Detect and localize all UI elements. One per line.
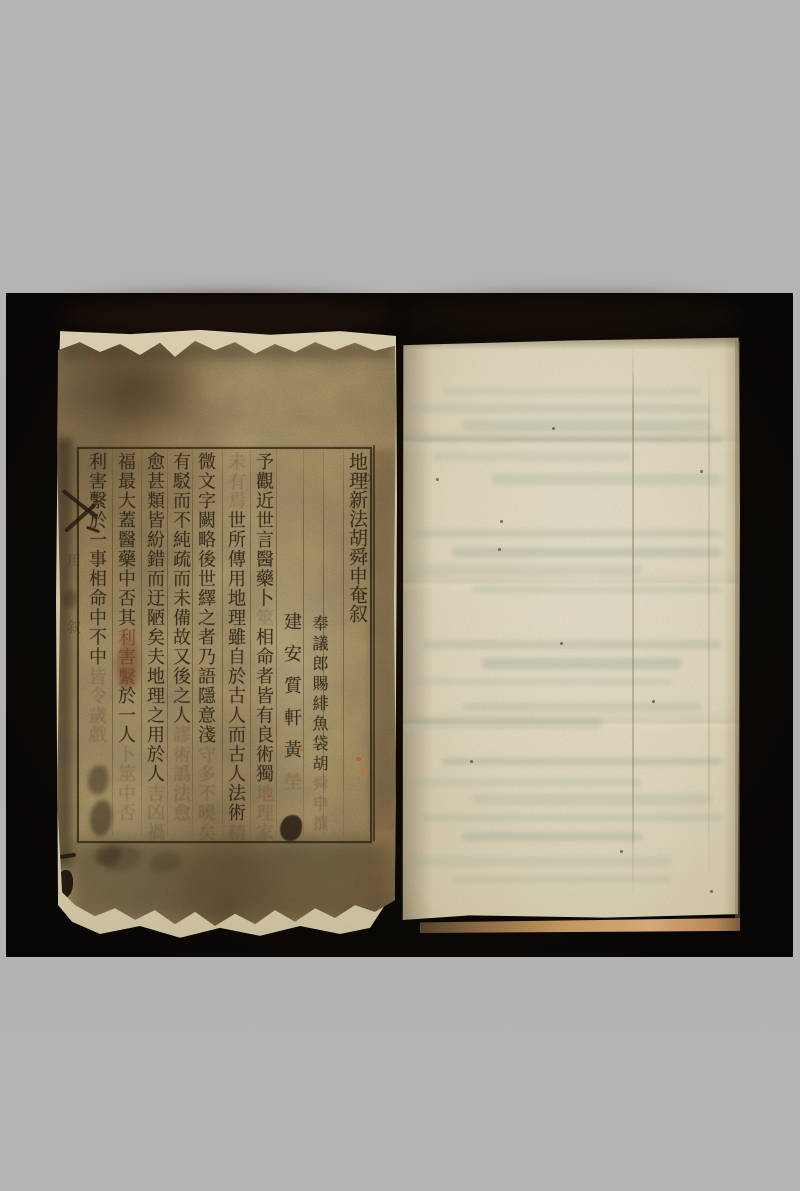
glyph: 藥	[116, 550, 136, 570]
text-column-preface-line-2: 未有焉世所傳用地理雖自於古人而古人法術精	[224, 452, 246, 842]
left-page: 用 叙 地理新法胡舜申奄叙奉議郎賜緋魚袋胡舜申撰建安質軒黃塋予觀近世言醫藥卜筮相…	[56, 328, 397, 942]
glyph: 皆	[254, 686, 274, 706]
glyph: 駁	[171, 472, 191, 492]
glyph: 塋	[282, 772, 302, 804]
glyph: 中	[116, 569, 136, 589]
glyph: 質	[282, 676, 302, 708]
glyph: 世	[226, 511, 246, 531]
glyph: 未	[226, 452, 246, 472]
fly-speck	[552, 427, 555, 430]
glyph: 類	[145, 491, 165, 511]
glyph: 夫	[145, 647, 165, 667]
ghost-text-band	[442, 758, 722, 765]
glyph: 古	[226, 686, 246, 706]
fly-speck	[710, 890, 713, 893]
glyph: 人	[116, 725, 136, 745]
glyph: 卜	[116, 745, 136, 765]
glyph: 錯	[145, 550, 165, 570]
ghost-text-band	[432, 452, 632, 461]
glyph: 者	[196, 628, 216, 648]
glyph: 不	[196, 784, 216, 804]
ghost-text-band	[442, 388, 702, 395]
crease	[402, 569, 740, 595]
glyph: 者	[254, 667, 274, 687]
glyph: 建	[282, 612, 302, 644]
glyph: 黃	[282, 740, 302, 772]
text-column-preface-line-3: 微文字闕略後世繹之者乃語隱意淺守多不曉矣	[194, 452, 216, 842]
glyph: 陋	[145, 608, 165, 628]
glyph: 理	[226, 608, 246, 628]
glyph: 字	[196, 491, 216, 511]
glyph: 禍	[145, 823, 165, 843]
glyph: 中	[116, 784, 136, 804]
glyph: 疏	[171, 550, 191, 570]
glyph: 於	[116, 686, 136, 706]
glyph: 繹	[196, 589, 216, 609]
glyph: 歲	[87, 706, 107, 726]
glyph: 紛	[145, 530, 165, 550]
glyph: 矣	[196, 823, 216, 843]
glyph: 世	[254, 511, 274, 531]
marginalia-note: 叙	[62, 620, 82, 634]
glyph: 備	[171, 608, 191, 628]
text-column-publisher-attribution: 建安質軒黃塋	[278, 612, 302, 804]
fly-speck	[498, 548, 501, 551]
column-separator	[112, 449, 113, 837]
text-column-preface-line-1: 予觀近世言醫藥卜筮相命者皆有良術獨地理家	[252, 452, 274, 842]
text-column-preface-line-4: 有駁而不純疏而未備故又後之人謬術譌法愈	[169, 452, 191, 823]
glyph: 於	[87, 511, 107, 531]
glyph: 戲	[87, 725, 107, 745]
glyph: 觀	[254, 472, 274, 492]
glyph: 筮	[116, 764, 136, 784]
glyph: 地	[145, 667, 165, 687]
red-speck	[90, 356, 94, 359]
glyph: 卜	[254, 589, 274, 609]
glyph: 予	[254, 452, 274, 472]
glyph: 又	[171, 647, 191, 667]
glyph: 術	[226, 803, 246, 823]
glyph: 地	[226, 589, 246, 609]
glyph: 闕	[196, 511, 216, 531]
ghost-text-band	[482, 658, 682, 669]
glyph: 令	[87, 686, 107, 706]
glyph: 不	[171, 511, 191, 531]
glyph: 故	[171, 628, 191, 648]
glyph: 繫	[116, 667, 136, 687]
shadow-haze	[402, 296, 740, 340]
column-separator	[323, 449, 324, 837]
glyph: 有	[254, 706, 274, 726]
glyph: 安	[282, 644, 302, 676]
glyph: 焉	[226, 491, 246, 511]
glyph: 否	[116, 589, 136, 609]
glyph: 撰	[310, 815, 327, 835]
glyph: 而	[171, 491, 191, 511]
text-column-preface-line-5: 愈甚類皆紛錯而迂陋矣夫地理之用於人吉凶禍	[143, 452, 165, 842]
column-separator	[141, 449, 142, 837]
frame-double-border	[373, 445, 375, 841]
glyph: 命	[87, 589, 107, 609]
glyph: 不	[87, 628, 107, 648]
glyph: 皆	[145, 511, 165, 531]
column-separator	[276, 449, 277, 837]
glyph: 中	[87, 647, 107, 667]
glyph: 人	[145, 764, 165, 784]
ghost-text-band	[452, 876, 672, 883]
glyph: 微	[196, 452, 216, 472]
glyph: 命	[254, 647, 274, 667]
glyph: 舜	[346, 547, 367, 566]
text-column-preface-line-7: 利害繫於一事相命中不中皆令歲戲	[85, 452, 107, 745]
glyph: 人	[226, 706, 246, 726]
fly-speck	[560, 642, 563, 645]
glyph: 略	[196, 530, 216, 550]
glyph: 精	[226, 823, 246, 843]
glyph: 奄	[346, 585, 367, 604]
ghost-text-band	[412, 404, 712, 413]
glyph: 後	[196, 550, 216, 570]
glyph: 理	[145, 686, 165, 706]
glyph: 新	[346, 490, 367, 509]
glyph: 矣	[145, 628, 165, 648]
glyph: 地	[346, 452, 367, 471]
glyph: 利	[116, 628, 136, 648]
glyph: 一	[87, 530, 107, 550]
glyph: 後	[171, 667, 191, 687]
glyph: 法	[226, 784, 246, 804]
glyph: 曉	[196, 803, 216, 823]
glyph: 愈	[171, 803, 191, 823]
glyph: 理	[254, 803, 274, 823]
glyph: 胡	[346, 528, 367, 547]
glyph: 多	[196, 764, 216, 784]
text-column-preface-line-6: 福最大蓋醫藥中否其利害繫於一人卜筮中否	[114, 452, 136, 823]
glyph: 良	[254, 725, 274, 745]
glyph: 文	[196, 472, 216, 492]
glyph: 繫	[87, 491, 107, 511]
crease	[402, 427, 740, 453]
glyph: 魚	[310, 715, 327, 735]
column-separator	[222, 449, 223, 837]
fly-speck	[620, 850, 623, 853]
glyph: 而	[226, 725, 246, 745]
glyph: 其	[116, 608, 136, 628]
column-separator	[167, 449, 168, 837]
photo-frame: 用 叙 地理新法胡舜申奄叙奉議郎賜緋魚袋胡舜申撰建安質軒黃塋予觀近世言醫藥卜筮相…	[0, 0, 800, 1191]
glyph: 害	[116, 647, 136, 667]
glyph: 大	[116, 491, 136, 511]
glyph: 家	[254, 823, 274, 843]
glyph: 甚	[145, 472, 165, 492]
glyph: 筮	[254, 608, 274, 628]
glyph: 隱	[196, 686, 216, 706]
glyph: 法	[346, 509, 367, 528]
ghost-text-band	[412, 530, 722, 537]
fly-speck	[436, 478, 439, 481]
glyph: 迂	[145, 589, 165, 609]
glyph: 福	[116, 452, 136, 472]
glyph: 術	[171, 745, 191, 765]
glyph: 獨	[254, 764, 274, 784]
crease	[402, 709, 740, 735]
glyph: 軒	[282, 708, 302, 740]
ghost-text-band	[412, 778, 642, 787]
glyph: 未	[171, 589, 191, 609]
column-separator	[250, 449, 251, 837]
glyph: 緋	[310, 695, 327, 715]
fly-speck	[470, 760, 473, 763]
glyph: 雖	[226, 628, 246, 648]
glyph: 之	[171, 686, 191, 706]
glyph: 而	[145, 569, 165, 589]
glyph: 而	[171, 569, 191, 589]
glyph: 語	[196, 667, 216, 687]
ghost-text-band	[492, 474, 722, 485]
glyph: 最	[116, 472, 136, 492]
glyph: 申	[346, 566, 367, 585]
ghost-text-band	[452, 548, 722, 557]
glyph: 術	[254, 745, 274, 765]
glyph: 用	[145, 725, 165, 745]
glyph: 謬	[171, 725, 191, 745]
glyph: 理	[346, 471, 367, 490]
glyph: 相	[87, 569, 107, 589]
glyph: 一	[116, 706, 136, 726]
fly-speck	[700, 470, 703, 473]
glyph: 袋	[310, 735, 327, 755]
marginalia-note: 用	[62, 553, 82, 567]
ghost-text-band	[422, 814, 722, 821]
glyph: 皆	[87, 667, 107, 687]
glyph: 否	[116, 803, 136, 823]
right-page-paper	[402, 337, 740, 920]
glyph: 之	[196, 608, 216, 628]
glyph: 醫	[116, 530, 136, 550]
glyph: 醫	[254, 550, 274, 570]
column-separator	[303, 449, 304, 837]
glyph: 地	[254, 784, 274, 804]
orange-speck	[356, 757, 361, 761]
glyph: 自	[226, 647, 246, 667]
glyph: 用	[226, 569, 246, 589]
glyph: 於	[145, 745, 165, 765]
glyph: 吉	[145, 784, 165, 804]
fly-speck	[500, 520, 503, 523]
glyph: 人	[226, 764, 246, 784]
column-separator	[192, 449, 193, 837]
glyph: 舜	[310, 775, 327, 795]
glyph: 愈	[145, 452, 165, 472]
glyph: 淺	[196, 725, 216, 745]
glyph: 純	[171, 530, 191, 550]
glyph: 之	[145, 706, 165, 726]
column-separator	[343, 449, 344, 837]
glyph: 言	[254, 530, 274, 550]
glyph: 事	[87, 550, 107, 570]
glyph: 於	[226, 667, 246, 687]
glyph: 意	[196, 706, 216, 726]
glyph: 藥	[254, 569, 274, 589]
glyph: 胡	[310, 755, 327, 775]
ghost-text-band	[462, 832, 642, 841]
glyph: 有	[226, 472, 246, 492]
glyph: 乃	[196, 647, 216, 667]
glyph: 叙	[346, 604, 367, 623]
glyph: 譌	[171, 764, 191, 784]
fore-edge	[420, 918, 740, 933]
glyph: 賜	[310, 675, 327, 695]
glyph: 相	[254, 628, 274, 648]
glyph: 有	[171, 452, 191, 472]
glyph: 害	[87, 472, 107, 492]
glyph: 蓋	[116, 511, 136, 531]
ghost-text-band	[422, 640, 722, 649]
fly-speck	[652, 700, 655, 703]
glyph: 中	[87, 608, 107, 628]
glyph: 利	[87, 452, 107, 472]
glyph: 法	[171, 784, 191, 804]
glyph: 凶	[145, 803, 165, 823]
page-edge-sliver	[735, 341, 740, 919]
glyph: 古	[226, 745, 246, 765]
glyph: 守	[196, 745, 216, 765]
right-page	[402, 337, 740, 933]
glyph: 所	[226, 530, 246, 550]
orange-speck	[361, 769, 365, 775]
glyph: 申	[310, 795, 327, 815]
ghost-text-band	[472, 794, 712, 805]
glyph: 近	[254, 491, 274, 511]
glyph: 傳	[226, 550, 246, 570]
glyph: 世	[196, 569, 216, 589]
glyph: 議	[310, 635, 327, 655]
glyph: 人	[171, 706, 191, 726]
glyph: 郎	[310, 655, 327, 675]
glyph: 奉	[310, 615, 327, 635]
text-column-title: 地理新法胡舜申奄叙	[344, 452, 367, 623]
left-page-paper: 用 叙 地理新法胡舜申奄叙奉議郎賜緋魚袋胡舜申撰建安質軒黃塋予觀近世言醫藥卜筮相…	[56, 328, 397, 942]
